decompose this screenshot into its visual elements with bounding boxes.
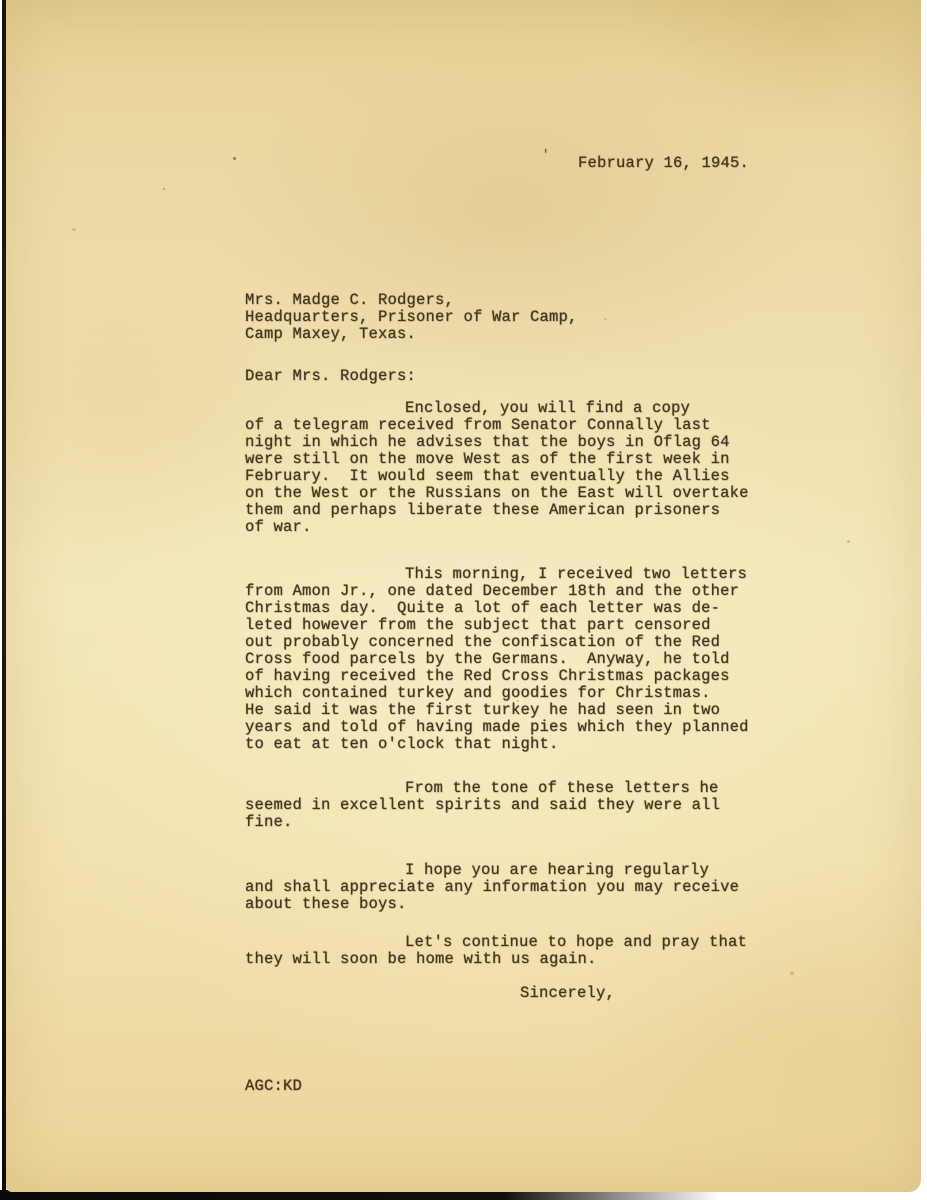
paragraph-line: they will soon be home with us again.	[245, 951, 757, 968]
paragraph-line: Christmas day. Quite a lot of each lette…	[245, 600, 757, 617]
paragraph-line: Let's continue to hope and pray that	[245, 934, 757, 951]
paragraph-line: of a telegram received from Senator Conn…	[245, 417, 757, 434]
paragraph-line: leted however from the subject that part…	[245, 617, 757, 634]
paragraph: From the tone of these letters heseemed …	[245, 780, 757, 831]
paragraph-line: were still on the move West as of the fi…	[245, 451, 757, 468]
paragraph-line: years and told of having made pies which…	[245, 719, 757, 736]
paragraph-line: which contained turkey and goodies for C…	[245, 685, 757, 702]
paper-speck	[233, 157, 236, 160]
paragraph: This morning, I received two lettersfrom…	[245, 566, 757, 753]
paragraph-line: of having received the Red Cross Christm…	[245, 668, 757, 685]
paragraph: Let's continue to hope and pray thatthey…	[245, 934, 757, 968]
paragraph-line: fine.	[245, 814, 757, 831]
paragraph-line: night in which he advises that the boys …	[245, 434, 757, 451]
paragraph: I hope you are hearing regularlyand shal…	[245, 862, 757, 913]
closing: Sincerely,	[520, 985, 615, 1002]
paragraph-line: and shall appreciate any information you…	[245, 879, 757, 896]
address-line: Headquarters, Prisoner of War Camp,	[245, 309, 578, 326]
paper-speck	[163, 188, 165, 190]
reference-initials: AGC:KD	[245, 1078, 302, 1095]
scanned-letter-page: ' February 16, 1945. Mrs. Madge C. Rodge…	[0, 0, 927, 1200]
stray-ink-mark: '	[542, 147, 549, 164]
paragraph-line: Enclosed, you will find a copy	[245, 400, 757, 417]
paper-speck	[790, 972, 794, 975]
paragraph: Enclosed, you will find a copyof a teleg…	[245, 400, 757, 536]
address-line: Camp Maxey, Texas.	[245, 326, 578, 343]
letter-body: Enclosed, you will find a copyof a teleg…	[245, 400, 757, 968]
paragraph-line: seemed in excellent spirits and said the…	[245, 797, 757, 814]
salutation: Dear Mrs. Rodgers:	[245, 368, 416, 385]
paragraph-line: to eat at ten o'clock that night.	[245, 736, 757, 753]
paper-speck	[72, 228, 76, 231]
letter-date: February 16, 1945.	[578, 155, 749, 172]
paragraph-line: From the tone of these letters he	[245, 780, 757, 797]
paragraph-line: them and perhaps liberate these American…	[245, 502, 757, 519]
recipient-address-block: Mrs. Madge C. Rodgers,Headquarters, Pris…	[245, 292, 578, 343]
paragraph-line: from Amon Jr., one dated December 18th a…	[245, 583, 757, 600]
address-line: Mrs. Madge C. Rodgers,	[245, 292, 578, 309]
paper-speck	[847, 540, 850, 543]
paragraph-line: This morning, I received two letters	[245, 566, 757, 583]
paragraph-line: out probably concerned the confiscation …	[245, 634, 757, 651]
paragraph-line: He said it was the first turkey he had s…	[245, 702, 757, 719]
letter-content: ' February 16, 1945. Mrs. Madge C. Rodge…	[245, 0, 765, 1200]
paragraph-line: Cross food parcels by the Germans. Anywa…	[245, 651, 757, 668]
paragraph-line: I hope you are hearing regularly	[245, 862, 757, 879]
paragraph-line: on the West or the Russians on the East …	[245, 485, 757, 502]
paragraph-line: February. It would seem that eventually …	[245, 468, 757, 485]
paragraph-line: about these boys.	[245, 896, 757, 913]
paragraph-line: of war.	[245, 519, 757, 536]
